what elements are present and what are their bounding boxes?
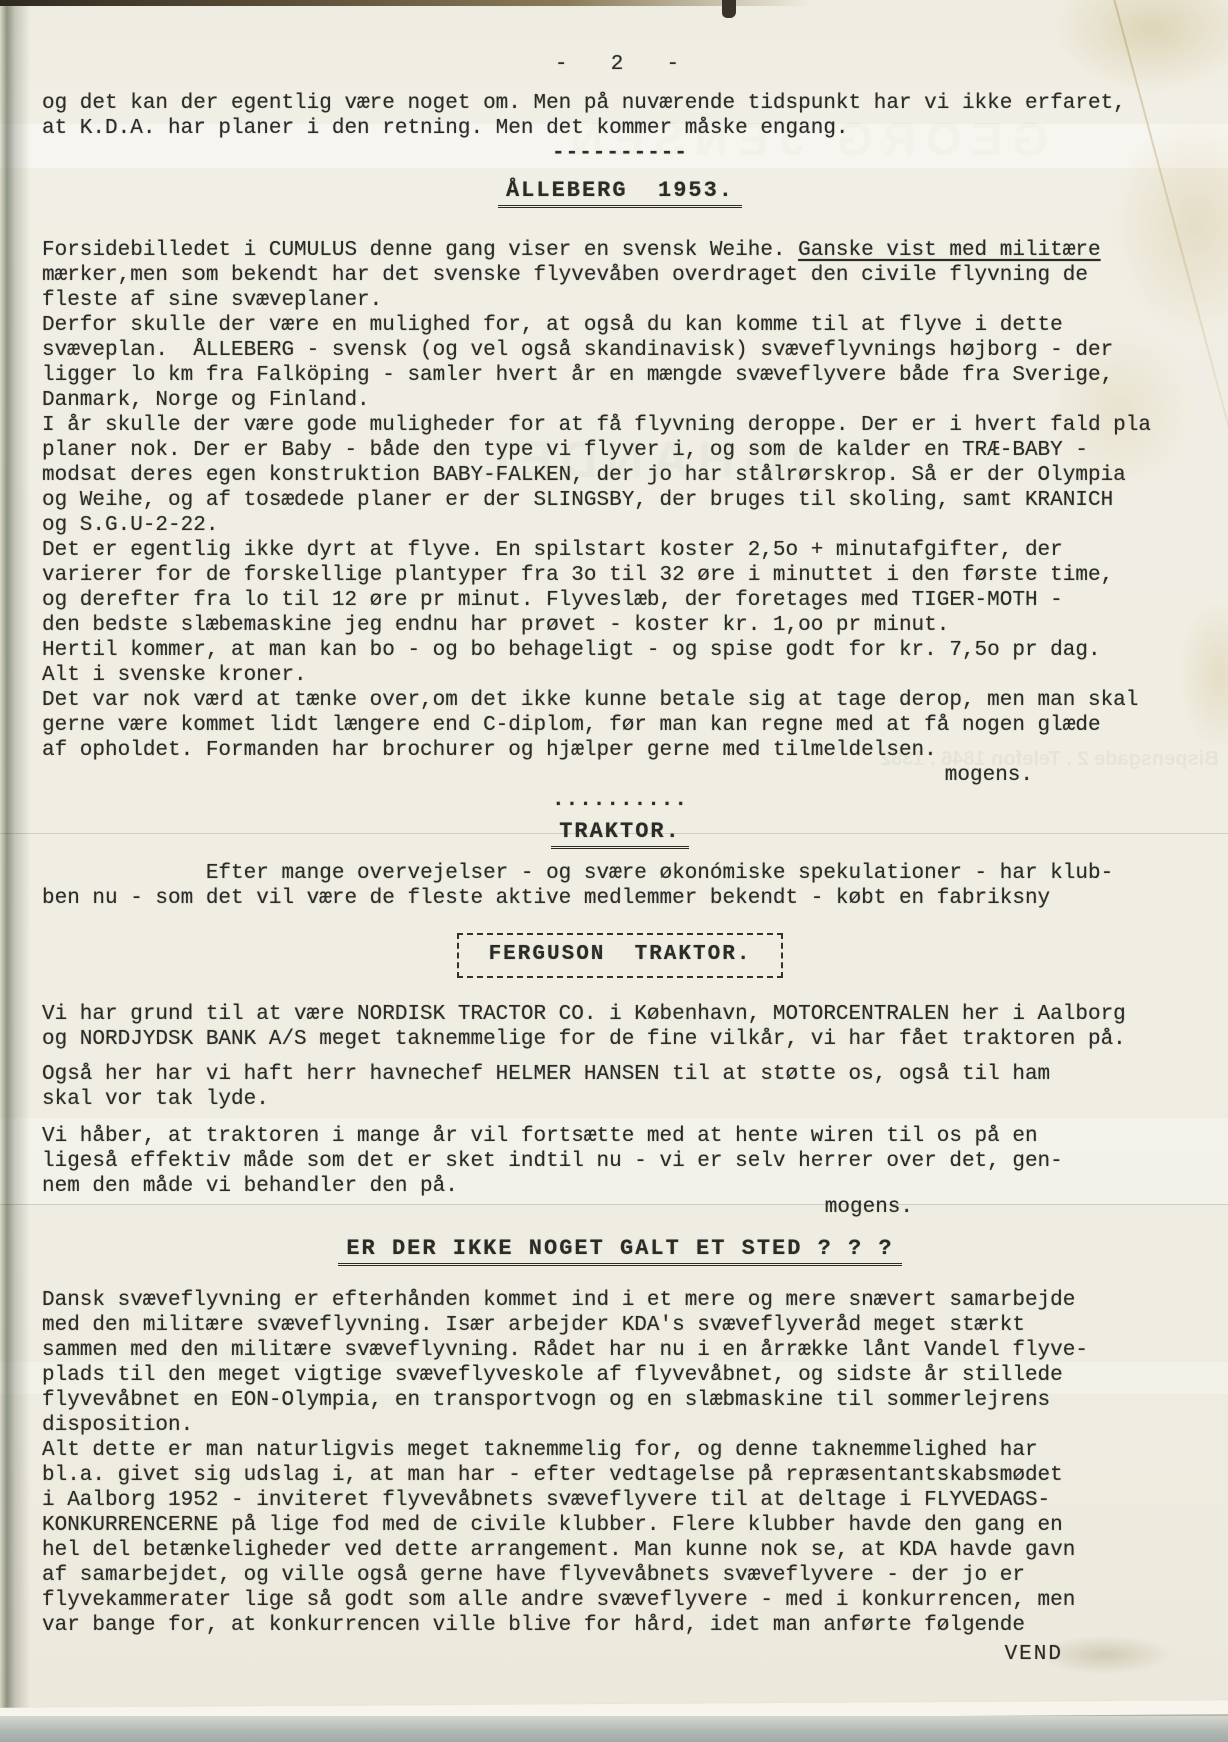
signature-mogens: mogens.: [42, 763, 1198, 788]
typewritten-content: - 2 - og det kan der egentlig være noget…: [0, 0, 1228, 1667]
ferguson-box-wrapper: FERGUSON TRAKTOR.: [42, 933, 1198, 978]
paper-bottom-torn-edge: [0, 1700, 1228, 1722]
dotted-separator: ..........: [42, 788, 1198, 813]
scanned-newsletter-page: GEORG JENSEN BOGHANDEL Bispensgade 2 . T…: [0, 0, 1228, 1742]
alleberg-heading: ÅLLEBERG 1953.: [498, 178, 742, 208]
traktor-intro-paragraph: Efter mange overvejelser - og svære økon…: [42, 861, 1198, 911]
ferguson-traktor-box: FERGUSON TRAKTOR.: [457, 933, 784, 978]
section-galt: ER DER IKKE NOGET GALT ET STED ? ? ?: [42, 1236, 1198, 1266]
traktor-helmer-paragraph: Også her har vi haft herr havnechef HELM…: [42, 1062, 1198, 1112]
dashed-separator: ----------: [42, 141, 1198, 166]
alleberg-body: Forsidebilledet i CUMULUS denne gang vis…: [42, 238, 1198, 763]
galt-heading: ER DER IKKE NOGET GALT ET STED ? ? ?: [338, 1236, 901, 1266]
alleberg-body-lead: Forsidebilledet i CUMULUS denne gang vis…: [42, 239, 798, 262]
section-alleberg: ÅLLEBERG 1953.: [42, 178, 1198, 208]
traktor-thanks-paragraph: Vi har grund til at være NORDISK TRACTOR…: [42, 1002, 1198, 1052]
alleberg-body-rest: mærker,men som bekendt har det svenske f…: [42, 264, 1151, 762]
turn-page-label: VEND: [42, 1642, 1198, 1667]
intro-paragraph: og det kan der egentlig være noget om. M…: [42, 91, 1198, 141]
galt-body: Dansk svæveflyvning er efterhånden komme…: [42, 1288, 1198, 1638]
traktor-heading: TRAKTOR.: [551, 819, 689, 849]
section-traktor: TRAKTOR.: [42, 819, 1198, 849]
traktor-hope-paragraph: Vi håber, at traktoren i mange år vil fo…: [42, 1124, 1198, 1199]
scan-background-strip: [0, 1716, 1228, 1742]
alleberg-underlined-phrase: Ganske vist med militære: [798, 239, 1100, 262]
page-number: - 2 -: [42, 52, 1198, 77]
